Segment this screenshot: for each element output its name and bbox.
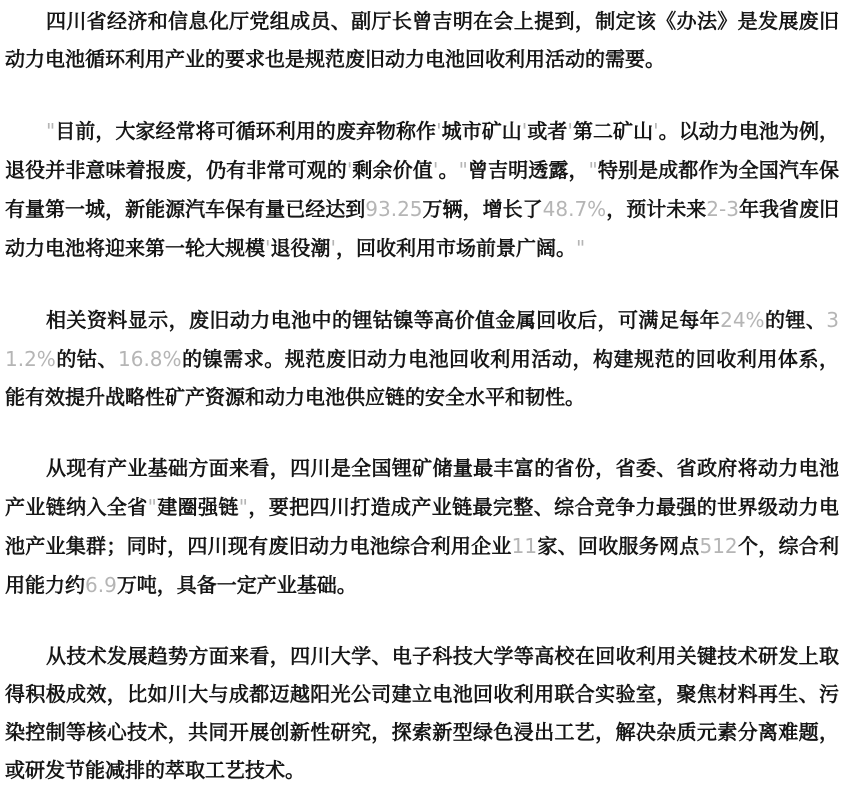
- text-segment: 从技术发展趋势方面来看，四川大学、电子科技大学等高校在回收利用关键技术研发上取得…: [5, 646, 839, 782]
- text-segment: 的锂、: [765, 310, 827, 332]
- highlighted-figure: ": [589, 158, 598, 182]
- text-segment: 的钴、: [56, 349, 118, 371]
- highlighted-figure: 16.8%: [118, 347, 182, 371]
- paragraph: 相关资料显示，废旧动力电池中的锂钴镍等高价值金属回收后，可满足每年24%的锂、3…: [5, 301, 839, 417]
- highlighted-figure: ": [576, 236, 585, 260]
- paragraph: "目前，大家经常将可循环利用的废弃物称作'城市矿山'或者'第二矿山'。以动力电池…: [5, 112, 839, 268]
- highlighted-figure: ": [459, 158, 468, 182]
- text-segment: 目前，大家经常将可循环利用的废弃物称作: [55, 121, 436, 143]
- highlighted-figure: 6.9: [85, 573, 117, 597]
- text-segment: 万吨，具备一定产业基础。: [117, 575, 357, 597]
- highlighted-figure: ": [148, 495, 157, 519]
- highlighted-figure: 512: [699, 534, 737, 558]
- paragraph: 从现有产业基础方面来看，四川是全国锂矿储量最丰富的省份，省委、省政府将动力电池产…: [5, 450, 839, 605]
- text-segment: 退役潮: [271, 238, 331, 260]
- article-body: 四川省经济和信息化厅党组成员、副厅长曾吉明在会上提到，制定该《办法》是发展废旧动…: [0, 0, 845, 786]
- paragraph: 四川省经济和信息化厅党组成员、副厅长曾吉明在会上提到，制定该《办法》是发展废旧动…: [5, 3, 839, 79]
- text-segment: 建圈强链: [157, 497, 239, 519]
- text-segment: ，回收利用市场前景广阔。: [336, 238, 576, 260]
- text-segment: 万辆，增长了: [423, 199, 543, 221]
- text-segment: 剩余价值: [352, 160, 433, 182]
- highlighted-figure: 48.7%: [543, 197, 607, 221]
- highlighted-figure: 93.25: [365, 197, 422, 221]
- text-segment: 城市矿山: [442, 121, 522, 143]
- text-segment: 相关资料显示，废旧动力电池中的锂钴镍等高价值金属回收后，可满足每年: [46, 310, 720, 332]
- text-segment: 家、回收服务网点: [537, 536, 699, 558]
- highlighted-figure: 2-3: [706, 197, 739, 221]
- text-segment: 第二矿山: [573, 121, 653, 143]
- text-segment: 曾吉明透露，: [468, 160, 589, 182]
- text-segment: ，预计未来: [606, 199, 706, 221]
- text-segment: 或者: [527, 121, 567, 143]
- highlighted-figure: 11: [512, 534, 537, 558]
- text-segment: 。: [438, 160, 458, 182]
- highlighted-figure: ": [46, 119, 55, 143]
- highlighted-figure: ": [239, 495, 248, 519]
- text-segment: 四川省经济和信息化厅党组成员、副厅长曾吉明在会上提到，制定该《办法》是发展废旧动…: [5, 11, 839, 71]
- highlighted-figure: 24%: [720, 308, 764, 332]
- paragraph: 从技术发展趋势方面来看，四川大学、电子科技大学等高校在回收利用关键技术研发上取得…: [5, 638, 839, 786]
